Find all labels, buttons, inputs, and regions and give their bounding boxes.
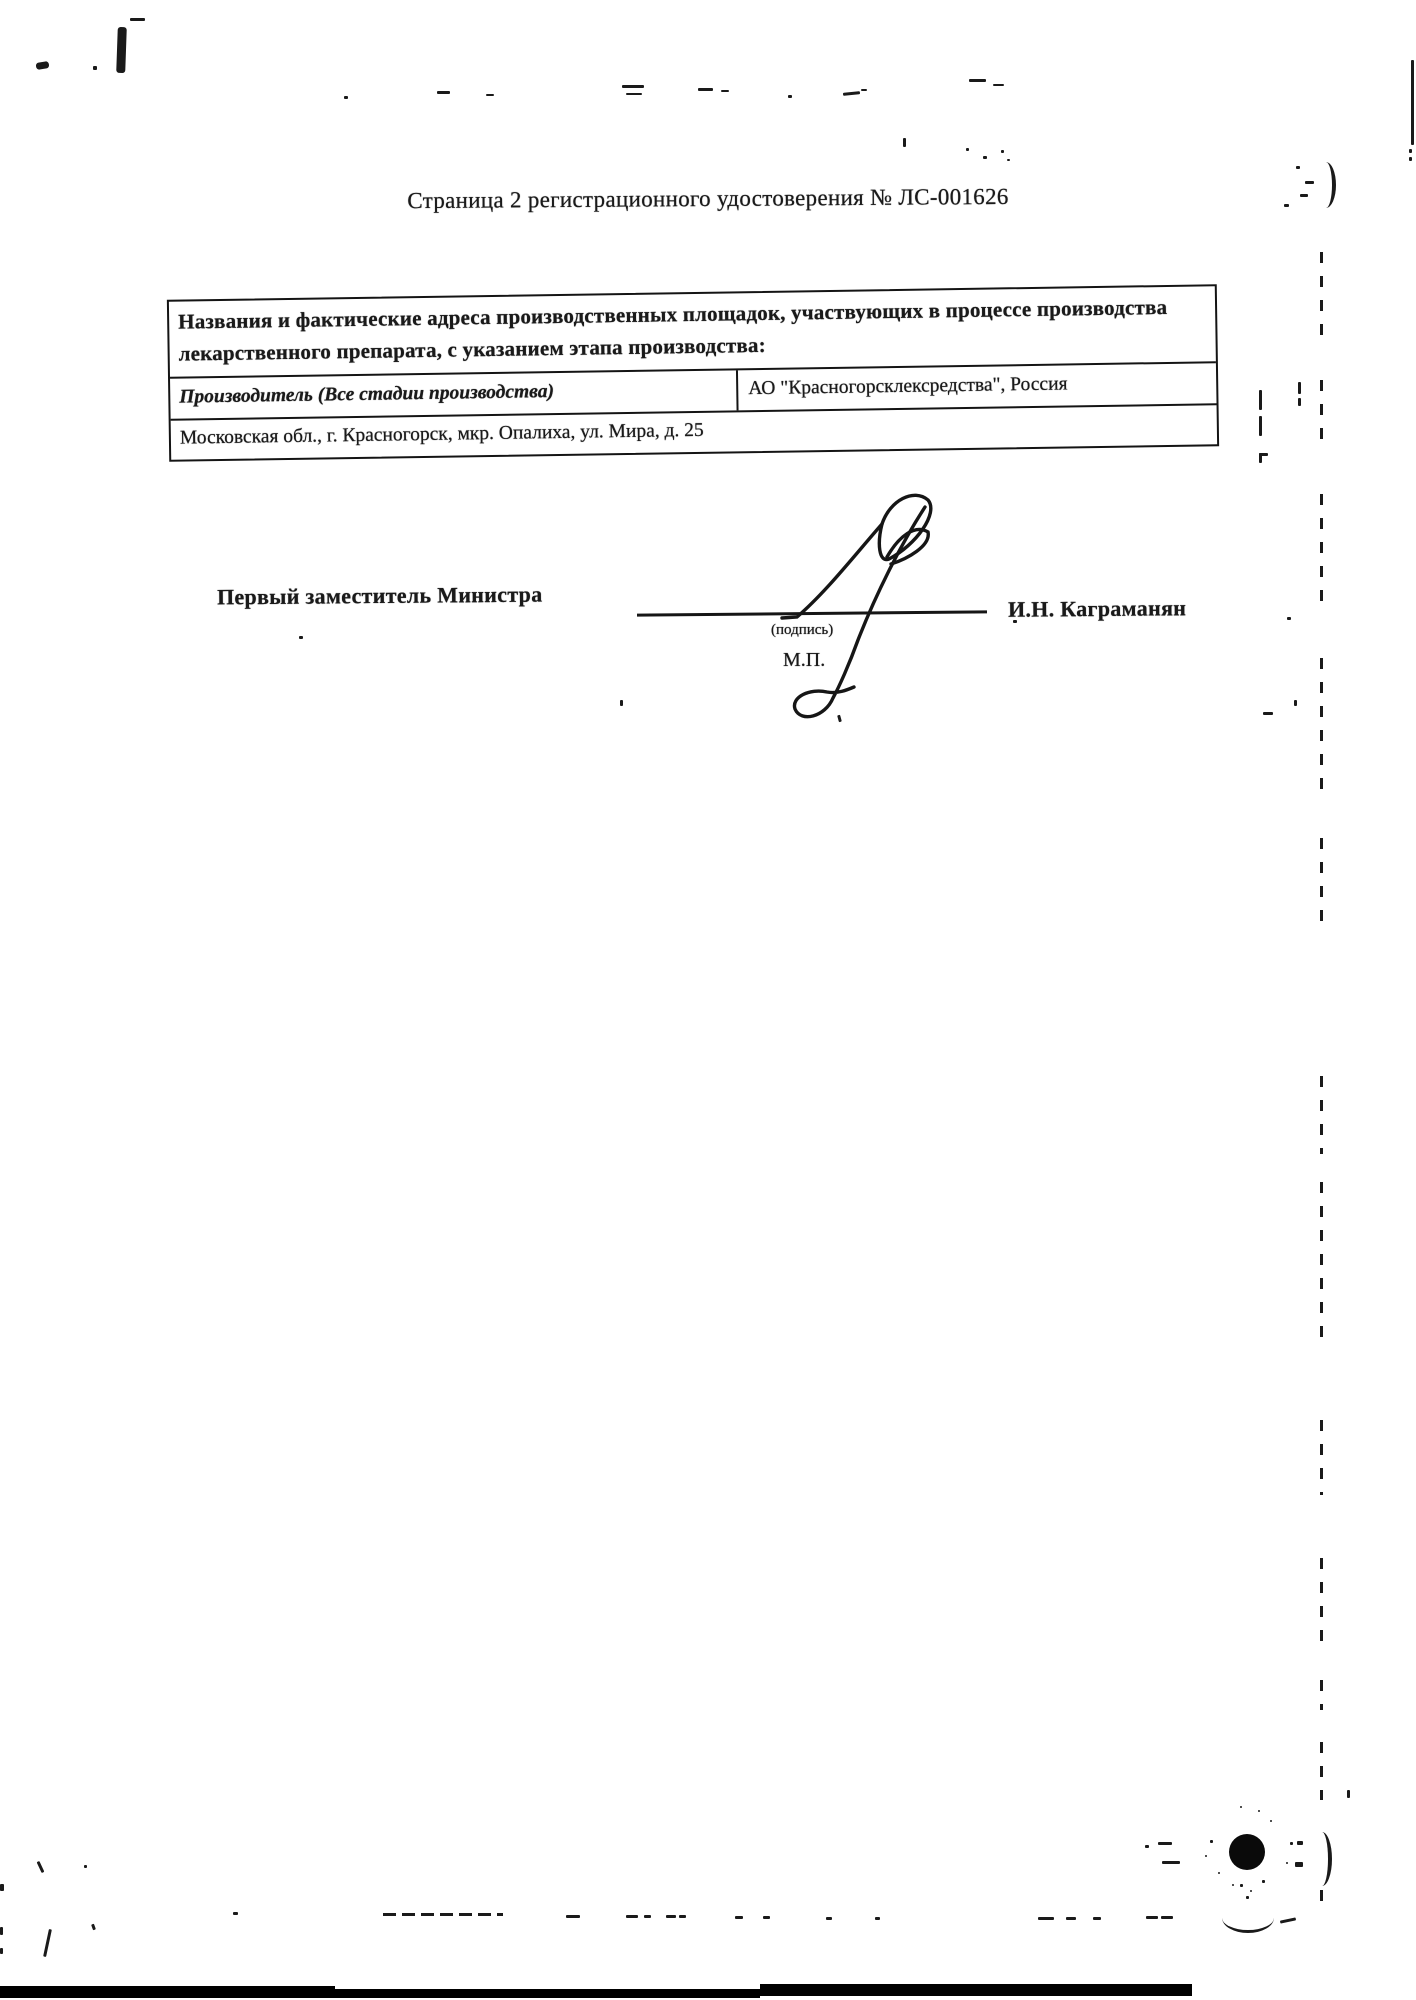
scan-speck [1240,1806,1242,1808]
scan-speck [1280,1917,1296,1923]
ink-stamp-dot [1229,1834,1265,1870]
scan-speck [93,66,97,70]
scan-speck [1259,390,1262,410]
scan-speck [622,85,644,88]
scan-speck [843,91,860,96]
scan-speck [826,1917,832,1920]
signatory-name: И.Н. Каграманян [1008,595,1186,623]
scan-speck [91,1924,96,1931]
scan-speck [130,18,145,21]
producer-name-cell: АО "Красногорсклексредства", Россия [738,365,1074,410]
scan-dashed-line [1320,380,1323,450]
scan-dashed-line [1320,1182,1323,1350]
scan-speck [1218,1872,1220,1874]
scan-speck [1001,150,1004,153]
scan-speck [1259,453,1268,456]
scan-speck [679,1915,686,1918]
scan-speck [1411,60,1414,145]
scan-speck [626,93,642,95]
scan-speck [983,156,987,159]
producer-stage-cell: Производитель (Все стадии производства) [170,370,739,418]
scan-speck [37,1861,45,1873]
scan-speck [861,89,867,91]
scan-speck [1210,1840,1213,1843]
scan-speck [626,1915,638,1918]
scan-speck [1250,1890,1252,1892]
signatory-position: Первый заместитель Министра [217,582,543,611]
scan-speck [1298,398,1301,406]
scan-dashed-line [1320,658,1323,796]
document-body: { "page_title": "Страница 2 регистрацион… [0,0,1416,2000]
scan-dashed-line [1320,838,1323,930]
scan-speck [966,148,969,151]
scan-dashed-line [1320,1076,1323,1154]
scan-speck [486,94,494,96]
scan-speck [644,1915,651,1918]
production-sites-table: Названия и фактические адреса производст… [167,284,1219,462]
scan-speck [1270,1820,1272,1822]
scan-speck [1262,1880,1265,1883]
scan-dashed-line [1320,1558,1323,1644]
scan-speck [1297,1841,1303,1845]
scan-speck [1409,149,1412,153]
scan-speck [1305,181,1314,184]
scan-dashed-line [1320,1420,1323,1495]
scan-speck [1347,1790,1350,1798]
scan-dashed-line [1320,252,1323,342]
scan-speck [1258,1810,1260,1812]
scan-speck [620,700,623,706]
scan-speck [1296,166,1300,169]
scan-dashed-line [1320,1890,1323,1910]
scan-speck [299,636,303,639]
scan-speck [1298,382,1301,394]
scan-speck [1232,1884,1234,1886]
scan-edge-bar [0,1986,335,1998]
signature-stroke [560,470,980,740]
scan-speck [1146,1916,1158,1919]
scan-speck [0,1884,4,1891]
scan-speck [1158,1842,1172,1845]
scan-speck [788,95,792,98]
scan-speck [43,1929,52,1957]
scan-speck [1038,1917,1054,1920]
page-title: Страница 2 регистрационного удостоверени… [0,181,1416,217]
scan-speck [698,88,713,91]
scan-speck [566,1915,580,1918]
scan-speck [1284,204,1289,207]
scan-speck [1205,1855,1207,1857]
scan-speck [1093,1917,1101,1920]
scan-speck [1287,617,1291,620]
scan-speck [1295,1862,1303,1867]
scan-speck [1145,1845,1149,1848]
scan-speck [666,1915,676,1918]
scan-dashed-line [1320,1742,1323,1800]
scan-speck [84,1865,87,1868]
scan-speck [1259,416,1262,436]
scan-speck [993,84,1004,86]
scan-speck [1066,1917,1076,1920]
scan-speck [1263,712,1273,715]
scan-speck [969,79,986,82]
scan-speck [344,96,348,99]
scan-speck [437,91,450,94]
scanned-certificate-page: Страница 2 регистрационного удостоверени… [0,0,1416,2000]
scan-speck [875,1917,880,1920]
scan-speck [1294,700,1297,706]
scan-dashed-rule [383,1913,503,1916]
scan-speck [1300,194,1308,197]
scan-mark-paren [1312,1832,1332,1886]
scan-dashed-line [1320,1680,1323,1710]
scan-speck [1246,1896,1249,1899]
scan-speck [35,61,49,70]
scan-speck [1162,1861,1180,1864]
scan-speck [233,1912,238,1915]
scan-edge-bar [335,1989,760,1998]
scan-speck [1409,157,1412,161]
scan-dashed-line [1320,494,1323,614]
scan-curve-mark [1222,1914,1274,1933]
scan-speck [1161,1916,1173,1919]
scan-speck [116,27,127,73]
scan-speck [721,90,729,92]
scan-speck [1286,1862,1288,1864]
scan-speck [1290,1842,1293,1845]
scan-mark-paren [1316,162,1336,208]
scan-speck [1013,620,1017,623]
scan-speck [903,138,906,147]
scan-speck [1240,1884,1243,1887]
scan-edge-bar [760,1984,1192,1996]
scan-speck [763,1916,770,1919]
scan-speck [735,1916,743,1919]
scan-speck [0,1948,3,1954]
scan-speck [0,1927,3,1935]
scan-speck [1007,159,1010,161]
